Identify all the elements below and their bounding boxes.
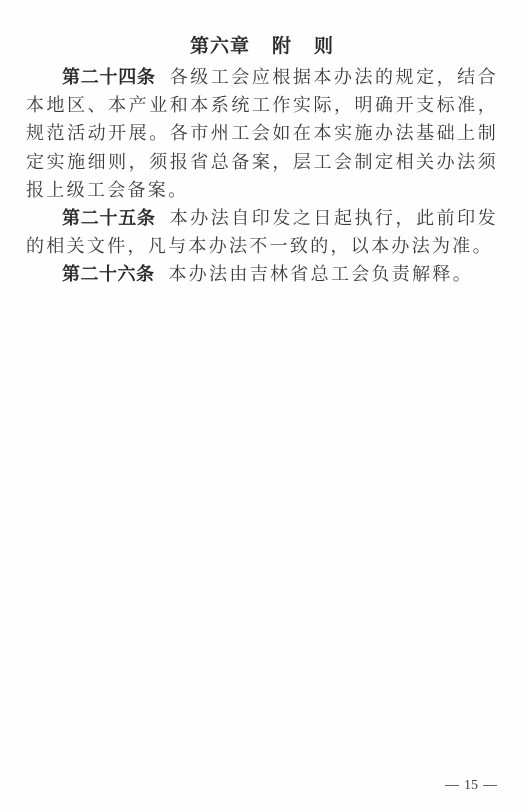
article-text: 本办法由吉林省总工会负责解释。 xyxy=(169,264,474,285)
article-24: 第二十四条各级工会应根据本办法的规定，结合本地区、本产业和本系统工作实际，明确开… xyxy=(26,64,498,205)
page-number-value: 15 xyxy=(464,778,478,793)
dash-right xyxy=(483,785,497,786)
article-label: 第二十五条 xyxy=(62,208,156,229)
article-label: 第二十四条 xyxy=(62,67,156,88)
article-26: 第二十六条本办法由吉林省总工会负责解释。 xyxy=(26,261,498,289)
chapter-name-part-2: 则 xyxy=(314,35,334,57)
page-number: 15 xyxy=(440,778,502,794)
chapter-number: 第六章 xyxy=(190,35,250,57)
article-25: 第二十五条本办法自印发之日起执行，此前印发的相关文件，凡与本办法不一致的，以本办… xyxy=(26,205,498,261)
chapter-name-part-1: 附 xyxy=(272,35,292,57)
document-body: 第二十四条各级工会应根据本办法的规定，结合本地区、本产业和本系统工作实际，明确开… xyxy=(26,64,498,290)
document-page: 第六章附则 第二十四条各级工会应根据本办法的规定，结合本地区、本产业和本系统工作… xyxy=(0,0,524,812)
chapter-title: 第六章附则 xyxy=(0,31,524,58)
dash-left xyxy=(445,785,459,786)
article-label: 第二十六条 xyxy=(62,264,155,285)
